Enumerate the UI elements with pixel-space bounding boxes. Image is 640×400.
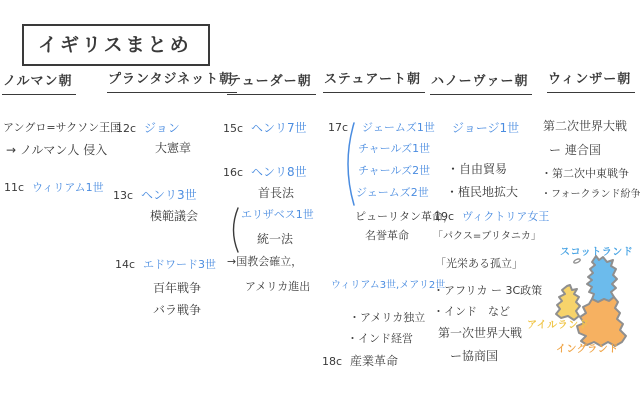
note-line: 模範議会 — [150, 210, 198, 222]
note-text: → ノルマン人 侵入 — [6, 144, 107, 156]
column-header-norman: ノルマン朝 — [2, 70, 76, 95]
note-text: アングロ=サクソン王国 — [3, 122, 121, 133]
note-text: ウィリアム1世 — [32, 182, 104, 193]
ireland-region — [556, 285, 580, 320]
note-text: 統一法 — [257, 233, 293, 245]
note-text: アメリカ進出 — [245, 281, 310, 292]
note-text: 模範議会 — [150, 210, 198, 222]
note-text: エドワード3世 — [143, 259, 216, 270]
note-text: バラ戦争 — [153, 304, 201, 316]
note-line: 大憲章 — [155, 142, 191, 154]
note-line: チャールズ2世 — [358, 165, 430, 176]
column-header-hanover: ハノーヴァー朝 — [430, 70, 532, 95]
note-text: ・アメリカ独立 — [349, 312, 425, 323]
note-text: チャールズ2世 — [358, 165, 430, 176]
column-header-plantagenet: プランタジネット朝 — [107, 68, 237, 93]
note-line: ジョージ1世 — [452, 122, 519, 134]
column-header-tudor: テューダー朝 — [227, 70, 316, 95]
note-line: 「パクス=ブリタニカ」 — [433, 232, 541, 242]
title-box: イギリスまとめ — [22, 24, 210, 66]
note-text: ジョージ1世 — [452, 122, 519, 134]
note-line: 第二次世界大戦 — [543, 120, 627, 132]
era-label: 18c — [322, 356, 342, 367]
note-line: ・植民地拡大 — [446, 186, 518, 198]
note-text: ・インド など — [433, 306, 510, 317]
note-line: 17cジェームズ1世 — [328, 122, 435, 133]
note-text: ・インド経営 — [347, 333, 413, 344]
note-text: エリザベス1世 — [241, 209, 314, 220]
note-text: ・第二次中東戦争 — [541, 168, 629, 179]
note-line: 14cエドワード3世 — [115, 259, 216, 270]
note-line: ー協商国 — [450, 350, 498, 362]
note-text: 第一次世界大戦 — [438, 327, 522, 339]
note-line: 第一次世界大戦 — [438, 327, 522, 339]
note-text: ー 連合国 — [549, 144, 601, 156]
note-line: → ノルマン人 侵入 — [6, 144, 107, 156]
note-text: ウィリアム3世,メアリ2世 — [331, 281, 445, 291]
note-text: ジョン — [144, 122, 180, 134]
note-line: →国教会確立， — [227, 256, 302, 267]
note-line: アングロ=サクソン王国 — [3, 122, 121, 133]
note-text: ・植民地拡大 — [446, 186, 518, 198]
note-line: ・インド など — [433, 306, 510, 317]
era-label: 19c — [434, 211, 454, 222]
note-line: ・アメリカ独立 — [349, 312, 425, 323]
note-page: イギリスまとめ ノルマン朝 プランタジネット朝 テューダー朝 ステュアート朝 ハ… — [0, 0, 640, 400]
note-line: チャールズ1世 — [358, 143, 430, 154]
note-text: ジェームズ1世 — [362, 122, 435, 133]
note-text: ヘンリ8世 — [251, 166, 307, 178]
note-line: 11cウィリアム1世 — [4, 182, 104, 193]
note-line: 統一法 — [257, 233, 293, 245]
note-text: 首長法 — [258, 187, 294, 199]
column-header-stuart: ステュアート朝 — [323, 68, 425, 93]
column-header-windsor: ウィンザー朝 — [547, 68, 635, 93]
note-text: ヘンリ3世 — [141, 189, 197, 201]
note-line: ウィリアム3世,メアリ2世 — [331, 281, 445, 291]
note-line: 16cヘンリ8世 — [223, 166, 307, 178]
note-line: 12cジョン — [116, 122, 180, 134]
note-text: ・自由貿易 — [447, 163, 507, 175]
note-text: 「パクス=ブリタニカ」 — [433, 232, 541, 242]
islet — [573, 258, 581, 264]
note-line: 百年戦争 — [153, 282, 201, 294]
era-label: 13c — [113, 190, 133, 201]
note-line: エリザベス1世 — [241, 209, 314, 220]
note-text: 「光栄ある孤立」 — [435, 258, 523, 269]
era-label: 15c — [223, 123, 243, 134]
note-text: チャールズ1世 — [358, 143, 430, 154]
note-text: ヴィクトリア女王 — [462, 211, 549, 222]
era-label: 12c — [116, 123, 136, 134]
era-label: 14c — [115, 259, 135, 270]
note-line: ・インド経営 — [347, 333, 413, 344]
note-line: 名誉革命 — [365, 230, 409, 241]
note-line: 13cヘンリ3世 — [113, 189, 197, 201]
note-text: 第二次世界大戦 — [543, 120, 627, 132]
note-line: アメリカ進出 — [245, 281, 310, 292]
note-text: ヘンリ7世 — [251, 122, 307, 134]
note-line: 首長法 — [258, 187, 294, 199]
note-text: 名誉革命 — [365, 230, 409, 241]
england-label: イングランド — [556, 340, 619, 355]
note-line: ・フォークランド紛争 — [541, 190, 640, 200]
note-line: 15cヘンリ7世 — [223, 122, 307, 134]
note-text: →国教会確立， — [227, 256, 302, 267]
note-text: ・フォークランド紛争 — [541, 190, 640, 200]
note-line: 18c産業革命 — [322, 355, 398, 367]
era-label: 17c — [328, 122, 348, 133]
note-line: ・自由貿易 — [447, 163, 507, 175]
ireland-label: アイルランド — [527, 316, 589, 331]
note-line: ・アフリカ ー 3C政策 — [433, 285, 542, 296]
note-text: 産業革命 — [350, 355, 398, 367]
note-text: 百年戦争 — [153, 282, 201, 294]
note-text: ー協商国 — [450, 350, 498, 362]
era-label: 11c — [4, 182, 24, 193]
note-line: ジェームズ2世 — [356, 187, 429, 198]
note-text: 大憲章 — [155, 142, 191, 154]
note-line: 19cヴィクトリア女王 — [434, 211, 549, 222]
era-label: 16c — [223, 167, 243, 178]
note-line: ・第二次中東戦争 — [541, 168, 629, 179]
page-title: イギリスまとめ — [38, 34, 192, 56]
bracket-curve — [228, 206, 240, 254]
note-line: バラ戦争 — [153, 304, 201, 316]
note-text: ジェームズ2世 — [356, 187, 429, 198]
note-line: ー 連合国 — [549, 144, 601, 156]
scotland-region — [587, 256, 617, 302]
note-text: ・アフリカ ー 3C政策 — [433, 285, 542, 296]
note-line: 「光栄ある孤立」 — [435, 258, 523, 269]
